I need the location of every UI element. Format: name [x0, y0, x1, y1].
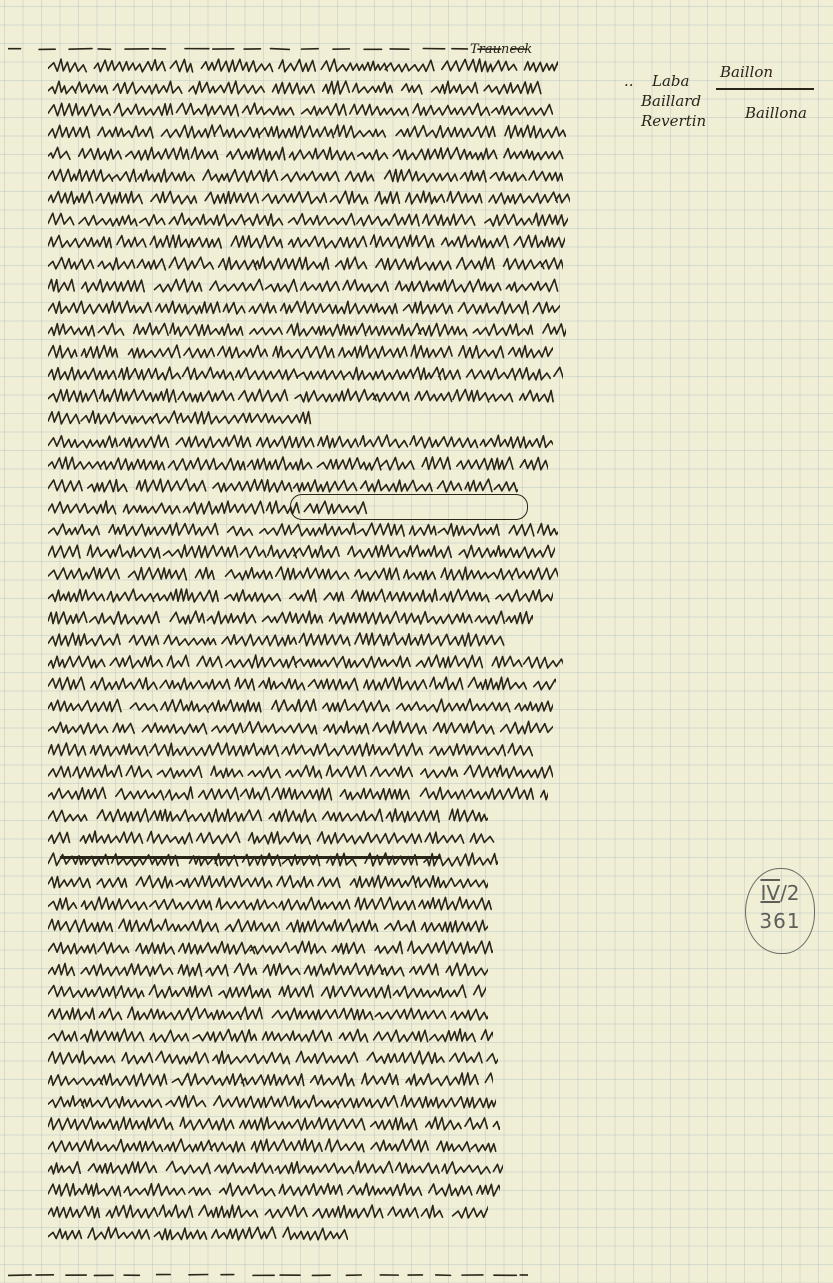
handwritten-line — [48, 937, 493, 959]
archive-volume: IV/2 — [746, 881, 814, 905]
handwritten-line — [48, 1135, 498, 1157]
handwritten-line — [48, 363, 563, 385]
handwritten-line — [48, 629, 513, 651]
archive-stamp: IV/2 361 — [745, 868, 815, 954]
handwritten-line — [48, 275, 561, 297]
handwritten-line — [48, 453, 548, 475]
handwritten-line — [48, 319, 566, 341]
handwritten-line — [48, 849, 498, 871]
handwritten-line — [48, 827, 496, 849]
handwritten-line — [48, 915, 488, 937]
handwritten-line — [48, 431, 553, 453]
handwritten-line — [48, 341, 553, 363]
handwritten-line — [48, 1223, 348, 1245]
handwritten-line — [48, 297, 560, 319]
handwritten-line — [48, 871, 488, 893]
margin-underline — [716, 88, 814, 90]
handwritten-line — [48, 99, 553, 121]
handwritten-line — [48, 143, 568, 165]
margin-note-prefix: .. — [624, 72, 634, 90]
handwritten-line — [48, 959, 488, 981]
handwritten-line — [48, 519, 558, 541]
margin-note: Baillon — [720, 63, 773, 81]
handwritten-line — [48, 1003, 488, 1025]
handwritten-line — [48, 805, 488, 827]
handwritten-line — [48, 407, 318, 429]
handwritten-line — [48, 1179, 500, 1201]
handwritten-line — [48, 1069, 493, 1091]
handwritten-line — [48, 585, 553, 607]
strikethrough — [60, 856, 440, 859]
handwritten-line — [48, 739, 548, 761]
handwritten-line — [48, 385, 560, 407]
handwritten-line — [48, 1025, 493, 1047]
margin-note: Laba — [652, 72, 689, 90]
handwritten-line — [48, 673, 556, 695]
margin-note: Baillard — [641, 92, 701, 110]
handwritten-line — [48, 1201, 488, 1223]
handwritten-line — [48, 55, 558, 77]
handwritten-line — [48, 981, 486, 1003]
handwritten-line — [48, 209, 568, 231]
handwritten-line — [48, 651, 563, 673]
handwritten-line — [48, 607, 533, 629]
handwritten-line — [48, 77, 548, 99]
handwritten-line — [48, 1091, 496, 1113]
handwritten-line — [48, 761, 553, 783]
handwritten-line — [48, 541, 555, 563]
insertion-text: Trauneck — [470, 42, 532, 57]
handwritten-line — [48, 783, 548, 805]
handwritten-line — [48, 1157, 503, 1179]
handwritten-line — [48, 165, 563, 187]
archive-page-number: 361 — [746, 909, 814, 933]
margin-note: Revertin — [641, 112, 706, 130]
handwritten-line — [48, 253, 563, 275]
handwritten-line — [48, 231, 565, 253]
handwritten-line — [48, 717, 553, 739]
handwritten-line — [48, 695, 553, 717]
handwritten-line — [48, 121, 566, 143]
handwritten-line — [48, 1113, 500, 1135]
handwritten-line — [48, 893, 493, 915]
boxed-phrase — [290, 494, 528, 520]
handwritten-line — [48, 563, 558, 585]
manuscript-page: Trauneck .. LabaBaillonBaillardRevertinB… — [0, 0, 833, 1283]
handwritten-line — [48, 187, 570, 209]
margin-note: Baillona — [745, 104, 807, 122]
handwritten-line — [48, 1047, 498, 1069]
